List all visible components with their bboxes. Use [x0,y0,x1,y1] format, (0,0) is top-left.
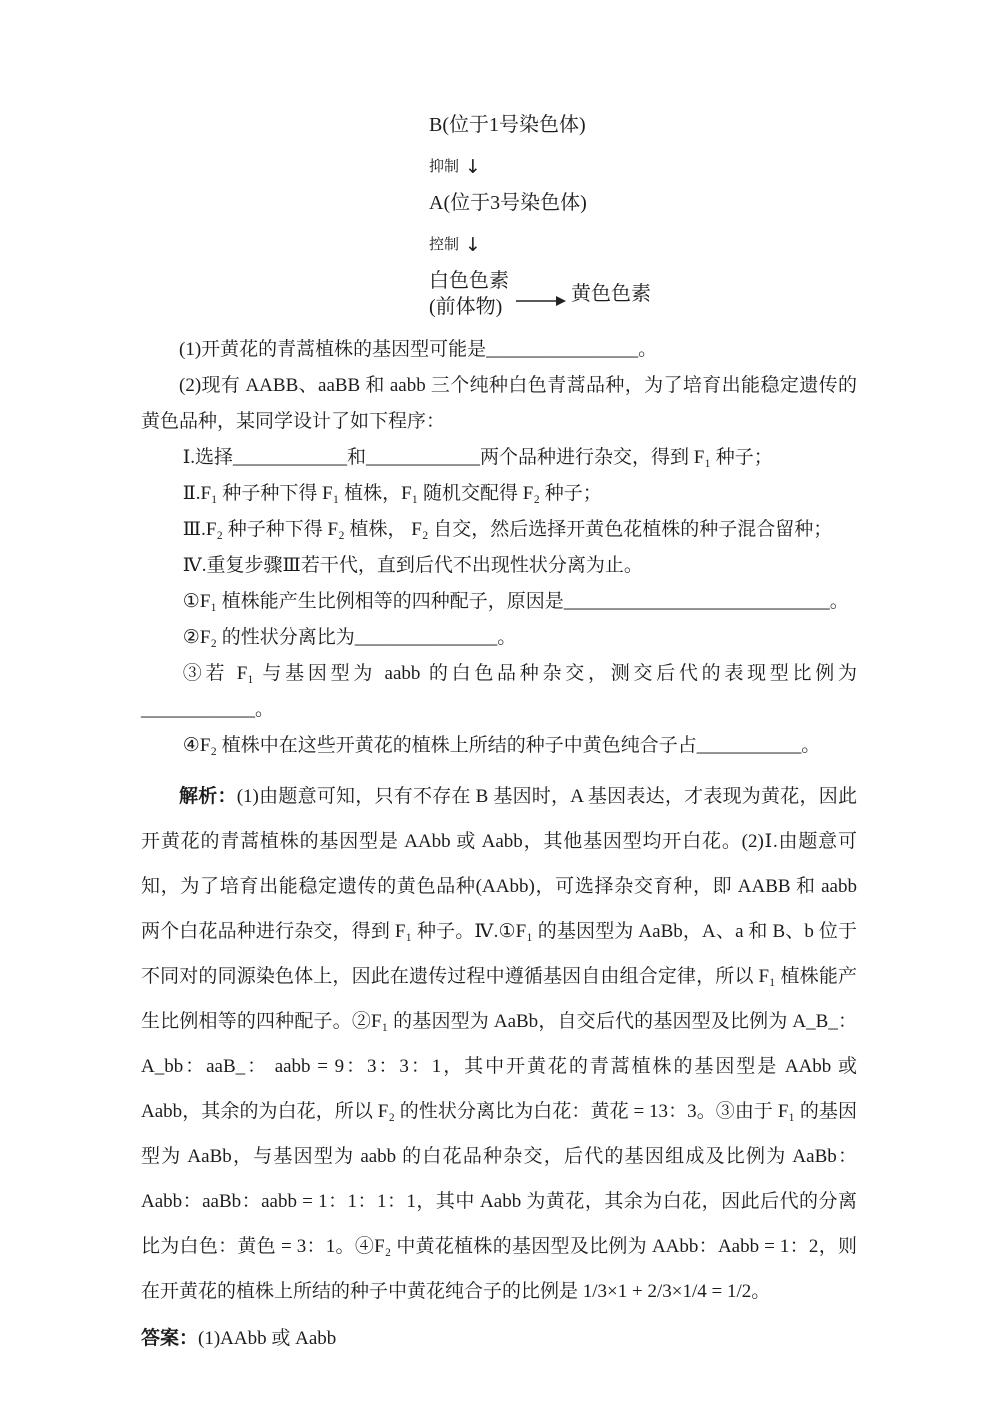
step-2: Ⅱ.F₁ 种子种下得 F₁ 植株，F₁ 随机交配得 F₂ 种子； [141,476,857,512]
question-2-intro: (2)现有 AABB、aaBB 和 aabb 三个纯种白色青蒿品种，为了培育出能… [141,368,857,440]
analysis-body: (1)由题意可知，只有不存在 B 基因时，A 基因表达，才表现为黄花，因此开黄花… [141,786,857,1302]
subquestion-3: ③若 F₁ 与基因型为 aabb 的白色品种杂交，测交后代的表现型比例为____… [141,656,857,728]
answer-label: 答案： [141,1328,198,1349]
step-3: Ⅲ.F₂ 种子种下得 F₂ 植株， F₂ 自交，然后选择开黄色花植株的种子混合留… [141,512,857,548]
gene-a-label: A(位于3号染色体) [429,190,1000,216]
yellow-pigment-label: 黄色色素 [571,281,651,307]
control-label: 控制 [429,232,459,258]
step-4: Ⅳ.重复步骤Ⅲ若干代，直到后代不出现性状分离为止。 [141,548,857,584]
gene-b-label: B(位于1号染色体) [429,112,1000,138]
question-1: (1)开黄花的青蒿植株的基因型可能是________________。 [141,332,857,368]
inhibit-label: 抑制 [429,154,459,180]
answer-paragraph: 答案：(1)AAbb 或 Aabb [141,1316,857,1361]
inhibit-relation: 抑制 ↓ [429,154,1000,180]
white-pigment-label: 白色色素 [429,268,509,294]
right-arrow-icon [515,294,567,308]
answer-body: (1)AAbb 或 Aabb [198,1328,336,1349]
step-1: Ⅰ.选择____________和____________两个品种进行杂交，得到… [141,440,857,476]
subquestion-1: ①F₁ 植株能产生比例相等的四种配子，原因是__________________… [141,584,857,620]
analysis-label: 解析： [179,786,237,807]
subquestion-2: ②F₂ 的性状分离比为_______________。 [141,620,857,656]
document-page: B(位于1号染色体) 抑制 ↓ A(位于3号染色体) 控制 ↓ 白色色素 (前体… [0,0,1000,1414]
subquestion-4: ④F₂ 植株中在这些开黄花的植株上所结的种子中黄色纯合子占___________… [141,728,857,764]
gene-pathway-diagram: B(位于1号染色体) 抑制 ↓ A(位于3号染色体) 控制 ↓ 白色色素 (前体… [0,0,1000,320]
control-relation: 控制 ↓ [429,232,1000,258]
substrate-stack: 白色色素 (前体物) [429,268,509,320]
pigment-conversion-row: 白色色素 (前体物) 黄色色素 [429,268,1000,320]
analysis-paragraph: 解析：(1)由题意可知，只有不存在 B 基因时，A 基因表达，才表现为黄花，因此… [141,774,857,1314]
precursor-label: (前体物) [429,294,509,320]
down-arrow-icon: ↓ [465,154,481,180]
question-body: (1)开黄花的青蒿植株的基因型可能是________________。 (2)现… [0,320,1000,1361]
down-arrow-icon: ↓ [465,232,481,258]
